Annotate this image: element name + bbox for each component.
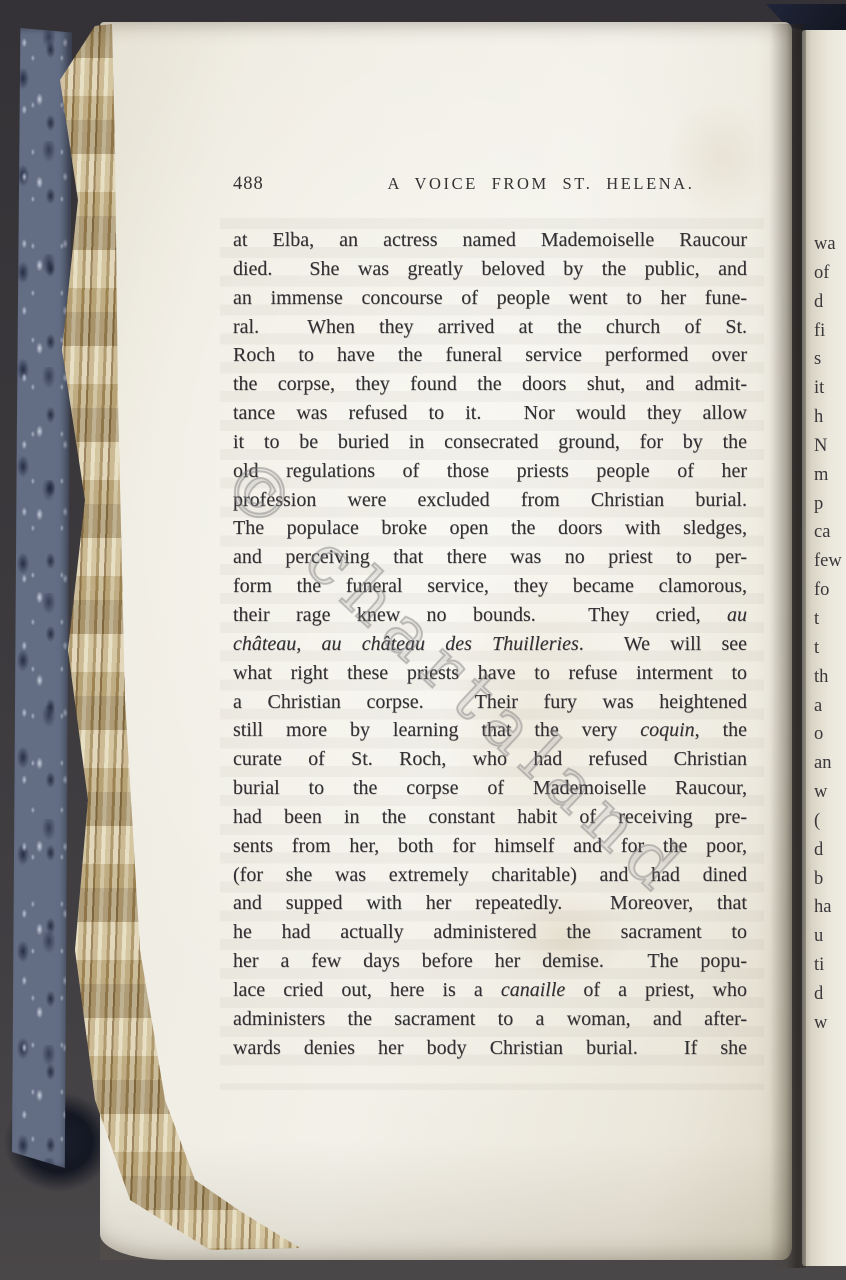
text-line: sents from her, both for himself and for… (233, 832, 747, 861)
text-line: old regulations of those priests people … (233, 457, 747, 486)
adjacent-page-text-fragment: o (814, 720, 846, 749)
text-line: Roch to have the funeral service perform… (233, 341, 747, 370)
adjacent-page-text-fragment: of (814, 259, 846, 288)
text-line: a Christian corpse. Their fury was heigh… (233, 688, 747, 717)
adjacent-page-text-fragment: fi (814, 317, 846, 346)
facing-page-fragments: waofdfisithNmpcafewfottthaoanw(dbhautidw (802, 30, 846, 1038)
page-number: 488 (233, 174, 325, 195)
text-line: and supped with her repeatedly. Moreover… (233, 889, 747, 918)
page-header: 488 A VOICE FROM ST. HELENA. (233, 174, 747, 195)
adjacent-page-text-fragment: an (814, 749, 846, 778)
adjacent-page-text-fragment: t (814, 605, 846, 634)
adjacent-page-text-fragment: wa (814, 230, 846, 259)
adjacent-page-text-fragment: b (814, 865, 846, 894)
adjacent-page-text-fragment: s (814, 345, 846, 374)
adjacent-page-text-fragment: few (814, 547, 846, 576)
adjacent-page-text-fragment: d (814, 836, 846, 865)
text-line: still more by learning that the very coq… (233, 716, 747, 745)
text-line: château, au château des Thuilleries. We … (233, 630, 747, 659)
text-line: and perceiving that there was no priest … (233, 543, 747, 572)
adjacent-page-text-fragment: t (814, 634, 846, 663)
text-line: he had actually administered the sacrame… (233, 918, 747, 947)
text-line: their rage knew no bounds. They cried, a… (233, 601, 747, 630)
text-line: tance was refused to it. Nor would they … (233, 399, 747, 428)
text-block: at Elba, an actress named Mademoiselle R… (233, 226, 747, 1062)
text-line: had been in the constant habit of receiv… (233, 803, 747, 832)
text-line: it to be buried in consecrated ground, f… (233, 428, 747, 457)
text-line: an immense concourse of people went to h… (233, 284, 747, 313)
adjacent-page-text-fragment: th (814, 663, 846, 692)
adjacent-page-text-fragment: h (814, 403, 846, 432)
text-line: her a few days before her demise. The po… (233, 947, 747, 976)
adjacent-page-text-fragment: ca (814, 518, 846, 547)
adjacent-page-text-fragment: N (814, 432, 846, 461)
text-line: the corpse, they found the doors shut, a… (233, 370, 747, 399)
facing-page-edge: waofdfisithNmpcafewfottthaoanw(dbhautidw (802, 30, 846, 1266)
adjacent-page-text-fragment: u (814, 922, 846, 951)
text-line: curate of St. Roch, who had refused Chri… (233, 745, 747, 774)
adjacent-page-text-fragment: a (814, 692, 846, 721)
text-line: what right these priests have to refuse … (233, 659, 747, 688)
text-line: administers the sacrament to a woman, an… (233, 1005, 747, 1034)
adjacent-page-text-fragment: m (814, 461, 846, 490)
book-page: 488 A VOICE FROM ST. HELENA. at Elba, an… (100, 22, 792, 1260)
text-line: at Elba, an actress named Mademoiselle R… (233, 226, 747, 255)
book-photo-scene: 488 A VOICE FROM ST. HELENA. at Elba, an… (0, 0, 846, 1280)
adjacent-page-text-fragment: d (814, 980, 846, 1009)
gutter-shadow (770, 24, 806, 1268)
text-line: lace cried out, here is a canaille of a … (233, 976, 747, 1005)
adjacent-page-text-fragment: d (814, 288, 846, 317)
adjacent-page-text-fragment: ( (814, 807, 846, 836)
text-line: burial to the corpse of Mademoiselle Rau… (233, 774, 747, 803)
adjacent-page-text-fragment: w (814, 1009, 846, 1038)
text-line: (for she was extremely charitable) and h… (233, 861, 747, 890)
adjacent-page-text-fragment: w (814, 778, 846, 807)
text-line: profession were excluded from Christian … (233, 486, 747, 515)
text-line: The populace broke open the doors with s… (233, 514, 747, 543)
text-line: wards denies her body Christian burial. … (233, 1034, 747, 1063)
text-line: form the funeral service, they became cl… (233, 572, 747, 601)
adjacent-page-text-fragment: fo (814, 576, 846, 605)
adjacent-page-text-fragment: it (814, 374, 846, 403)
text-line: died. She was greatly beloved by the pub… (233, 255, 747, 284)
running-title: A VOICE FROM ST. HELENA. (325, 174, 747, 194)
book-cover-marbled-edge (12, 28, 72, 1168)
adjacent-page-text-fragment: p (814, 490, 846, 519)
text-line: ral. When they arrived at the church of … (233, 313, 747, 342)
adjacent-page-text-fragment: ha (814, 893, 846, 922)
adjacent-page-text-fragment: ti (814, 951, 846, 980)
